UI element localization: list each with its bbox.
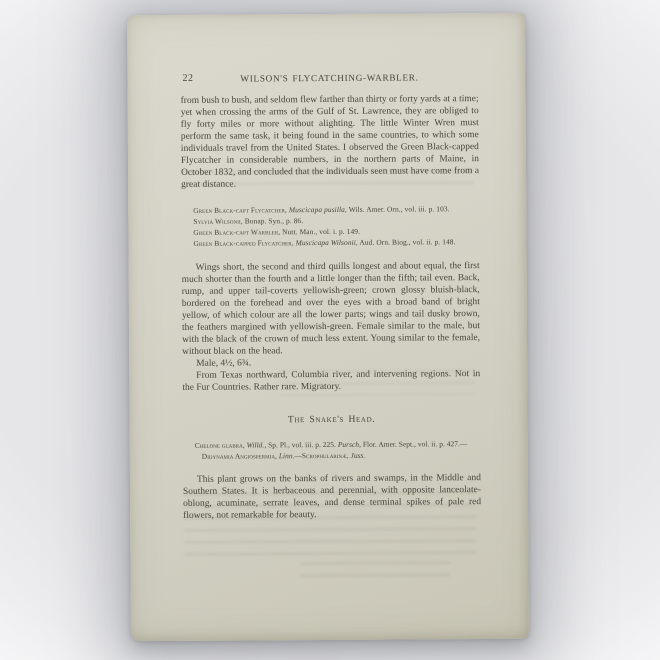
page-number: 22: [182, 73, 193, 85]
page-content: 22 WILSON'S FLYCATCHING-WARBLER. from bu…: [180, 71, 481, 522]
species-reference: Aud. Orn. Biog., vol. ii. p. 148.: [359, 237, 455, 247]
running-title: WILSON'S FLYCATCHING-WARBLER.: [240, 72, 418, 83]
intro-paragraph: from bush to bush, and seldom flew farth…: [181, 93, 480, 191]
range-paragraph: From Texas northward, Columbia river, an…: [182, 368, 480, 394]
authority-abbrev: Pursch,: [338, 440, 361, 449]
synonymy-entry: Green Black-capt Flycatcher, Muscicapa p…: [193, 203, 479, 216]
page-showthrough: [300, 561, 450, 578]
book-page: 22 WILSON'S FLYCATCHING-WARBLER. from bu…: [127, 13, 529, 641]
species-reference: Nutt. Man., vol. i. p. 149.: [282, 227, 360, 236]
species-latin: Muscicapa Wilsonii,: [296, 238, 358, 247]
species-name: Sylvia Wilsonii,: [193, 217, 242, 226]
plant-class: Didynamia Angiospermia,: [202, 451, 279, 460]
plant-name: Chelone glabra,: [195, 440, 247, 449]
synonymy-list: Green Black-capt Flycatcher, Muscicapa p…: [193, 203, 479, 249]
authority-abbrev: Juss.: [350, 451, 365, 460]
authority-abbrev: Linn.: [279, 451, 295, 460]
authority-abbrev: Willd.,: [247, 440, 267, 449]
botany-paragraph: This plant grows on the banks of rivers …: [183, 472, 481, 522]
species-name: Green Black-capt Warbler,: [193, 227, 280, 237]
section-heading: The Snake's Head.: [183, 413, 481, 427]
botany-citation: Chelone glabra, Willd., Sp. Pl., vol. ii…: [195, 438, 481, 462]
species-name: Green Black-capt Flycatcher,: [193, 205, 287, 215]
species-name: Green Black-capped Flycatcher,: [193, 238, 293, 248]
species-reference: Wils. Amer. Orn., vol. iii. p. 103.: [349, 204, 450, 214]
photo-backdrop: 22 WILSON'S FLYCATCHING-WARBLER. from bu…: [0, 0, 660, 660]
species-reference: Bonap. Syn., p. 86.: [245, 216, 304, 225]
species-latin: Muscicapa pusilla,: [289, 205, 347, 214]
citation-reference: Flor. Amer. Sept., vol. ii. p. 427.—: [361, 439, 467, 449]
citation-reference: Sp. Pl., vol. iii. p. 225.: [266, 440, 338, 449]
synonymy-entry: Green Black-capped Flycatcher, Muscicapa…: [193, 236, 479, 249]
plant-family: Scrophularinæ,: [302, 451, 351, 460]
running-header: 22 WILSON'S FLYCATCHING-WARBLER.: [180, 71, 478, 86]
description-paragraph: Wings short, the second and third quills…: [182, 260, 481, 358]
